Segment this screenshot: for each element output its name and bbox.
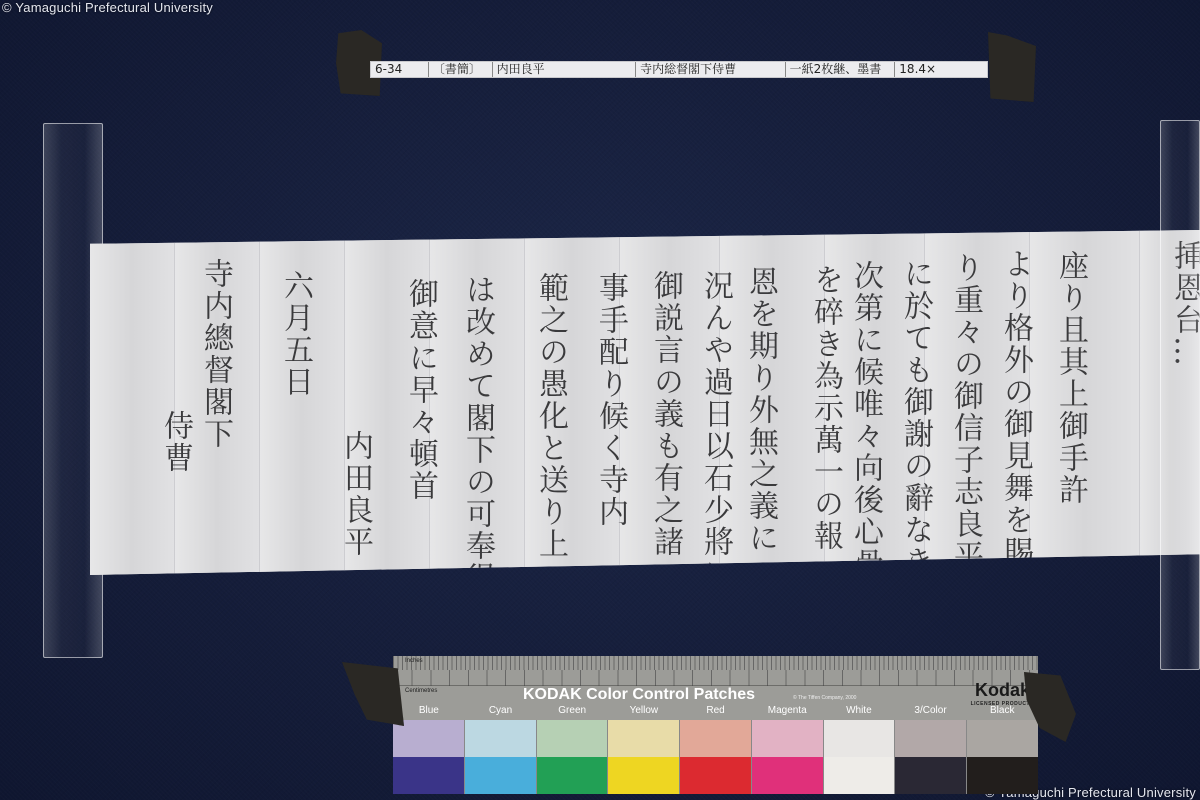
patch-label: 3/Color xyxy=(895,705,967,719)
manuscript-letter: 挿恩台…座り且其上御手許より格外の御見舞を賜り重々の御信子志良平に於ても御謝の辭… xyxy=(90,230,1200,575)
ruler-inches-label: Inches xyxy=(405,658,423,664)
patch-dark xyxy=(824,757,895,794)
watermark-top: © Yamaguchi Prefectural University xyxy=(2,0,213,15)
label-cell: 6-34 xyxy=(371,62,429,77)
handwritten-column: 寺内總督閣下 xyxy=(200,258,230,450)
kodak-color-chart: Inches Centimetres KODAK Color Control P… xyxy=(393,656,1038,794)
paper-panel xyxy=(90,230,175,575)
ruler: Inches xyxy=(393,656,1038,686)
patch-light xyxy=(895,720,966,757)
patch-label: Yellow xyxy=(608,705,680,719)
handwritten-column: に於ても御謝の辭なき xyxy=(900,258,930,578)
handwritten-column: は改めて閣下の可奉得 xyxy=(462,274,492,594)
patch-column xyxy=(608,720,680,794)
patch-labels: BlueCyanGreenYellowRedMagentaWhite3/Colo… xyxy=(393,705,1038,719)
handwritten-column: 事手配り候く寺内 xyxy=(595,272,625,528)
patch-light xyxy=(537,720,608,757)
patch-dark xyxy=(895,757,966,794)
handwritten-column: 内田良平 xyxy=(340,430,370,558)
patch-light xyxy=(752,720,823,757)
label-cell: 内田良平 xyxy=(493,62,637,77)
handwritten-column: 侍曹 xyxy=(160,410,190,474)
handwritten-column: 御意に早々頓首 xyxy=(405,278,435,502)
ruler-cm-ticks xyxy=(393,670,1038,686)
handwritten-column: 六月五日 xyxy=(280,270,310,398)
patch-label: Cyan xyxy=(465,705,537,719)
handwritten-column: を碎き為示萬一の報 xyxy=(810,264,840,552)
patch-dark xyxy=(465,757,536,794)
patch-column xyxy=(752,720,824,794)
handwritten-column: より格外の御見舞を賜 xyxy=(1000,248,1030,568)
patch-dark xyxy=(967,757,1038,794)
acrylic-weight-right xyxy=(1160,120,1200,670)
label-cell: 寺内総督閣下侍曹 xyxy=(636,62,786,77)
patch-column xyxy=(465,720,537,794)
patch-label: Black xyxy=(966,705,1038,719)
paper-panels xyxy=(90,230,1200,575)
patch-dark xyxy=(680,757,751,794)
kodak-copyright: © The Tiffen Company, 2000 xyxy=(793,695,856,701)
patch-dark xyxy=(608,757,679,794)
patch-dark xyxy=(393,757,464,794)
patch-label: Blue xyxy=(393,705,465,719)
patch-light xyxy=(824,720,895,757)
color-patches xyxy=(393,720,1038,794)
patch-label: White xyxy=(823,705,895,719)
patch-label: Magenta xyxy=(751,705,823,719)
handwritten-column: 座り且其上御手許 xyxy=(1055,250,1085,506)
patch-column xyxy=(824,720,896,794)
catalog-label-strip: 6-34〔書簡〕内田良平寺内総督閣下侍曹一紙2枚継、墨書18.4× xyxy=(370,61,988,78)
patch-light xyxy=(680,720,751,757)
handwritten-column: 恩を期り外無之義に xyxy=(745,266,775,554)
patch-column xyxy=(537,720,609,794)
patch-column xyxy=(895,720,967,794)
patch-label: Red xyxy=(680,705,752,719)
handwritten-column: 況んや過日以石少將に xyxy=(700,270,730,590)
label-cell: 一紙2枚継、墨書 xyxy=(786,62,896,77)
kodak-logo-text: Kodak xyxy=(975,680,1030,700)
patch-column xyxy=(680,720,752,794)
patch-column xyxy=(967,720,1038,794)
patch-label: Green xyxy=(536,705,608,719)
handwritten-column: 範之の愚化と送り上 xyxy=(535,272,565,560)
label-cell: 〔書簡〕 xyxy=(429,62,493,77)
ruler-inch-ticks xyxy=(393,656,1038,670)
kodak-title: KODAK Color Control Patches xyxy=(523,686,755,704)
patch-light xyxy=(608,720,679,757)
handwritten-column: り重々の御信子志良平 xyxy=(950,252,980,572)
ruler-cm-label: Centimetres xyxy=(405,688,437,694)
patch-dark xyxy=(752,757,823,794)
patch-dark xyxy=(537,757,608,794)
handwritten-column: 次第に候唯々向後心骨 xyxy=(850,260,880,580)
patch-light xyxy=(967,720,1038,757)
patch-column xyxy=(393,720,465,794)
patch-light xyxy=(465,720,536,757)
label-cell: 18.4× xyxy=(895,62,987,77)
kodak-logo: Kodak LICENSED PRODUCT xyxy=(971,680,1030,707)
handwritten-column: 御説言の義も有之諸 xyxy=(650,270,680,558)
